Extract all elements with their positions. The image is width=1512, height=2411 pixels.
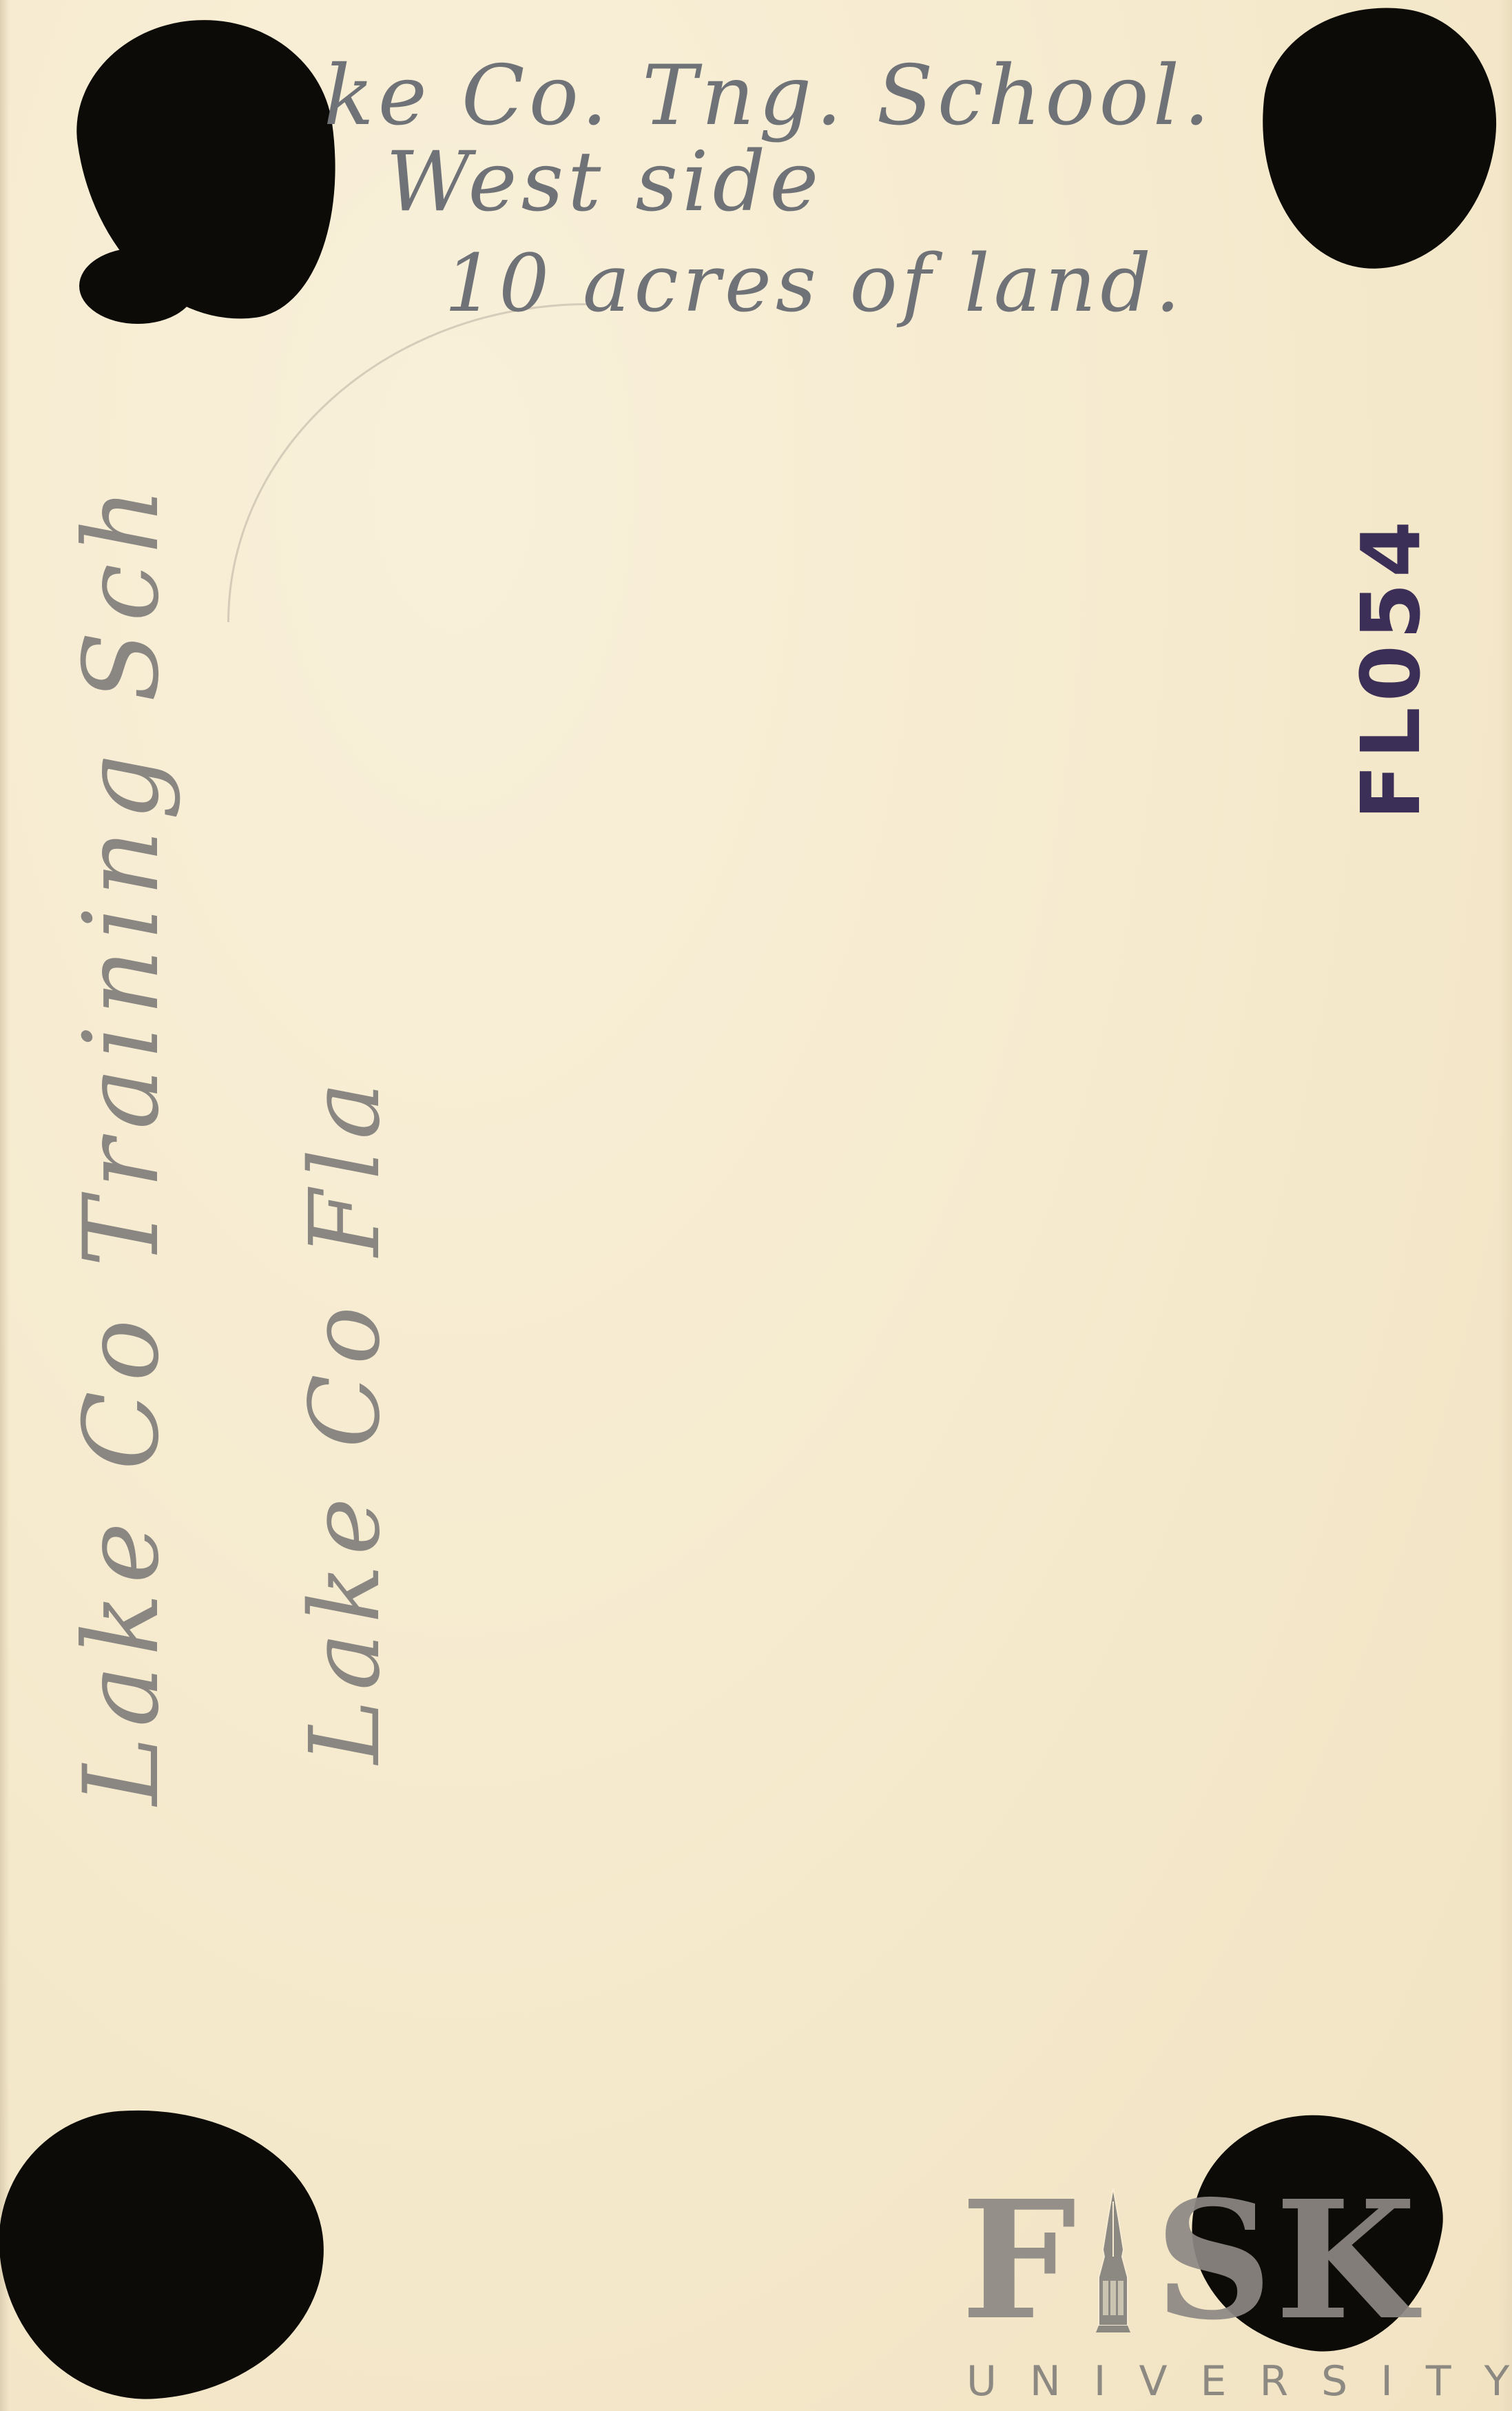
bell-tower-spire-icon xyxy=(1089,2188,1137,2332)
mounting-residue-top-left-tail xyxy=(79,248,196,324)
logo-letter-s: S xyxy=(1155,2188,1275,2332)
card-left-edge xyxy=(0,0,10,2411)
logo-subtitle: UNIVERSITY xyxy=(961,2357,1505,2405)
card-right-edge xyxy=(1498,0,1512,2411)
logo-wordmark: F S K xyxy=(961,2188,1505,2332)
card-paper xyxy=(0,0,1512,2411)
ink-note-line-2: West side xyxy=(386,134,822,230)
ink-note-line-1: ke Co. Tng. School. xyxy=(324,48,1214,144)
pencil-note-column-2: Lake Co Fla xyxy=(289,1072,402,1764)
pencil-note-column-1: Lake Co Training Sch xyxy=(62,478,182,1805)
logo-letter-k: K xyxy=(1275,2188,1419,2332)
catalog-number: FL054 xyxy=(1343,515,1438,820)
ink-note-line-3: 10 acres of land. xyxy=(444,238,1184,330)
fisk-university-watermark: F S K UNIVERSITY xyxy=(961,2188,1505,2405)
logo-letter-f: F xyxy=(961,2188,1079,2332)
